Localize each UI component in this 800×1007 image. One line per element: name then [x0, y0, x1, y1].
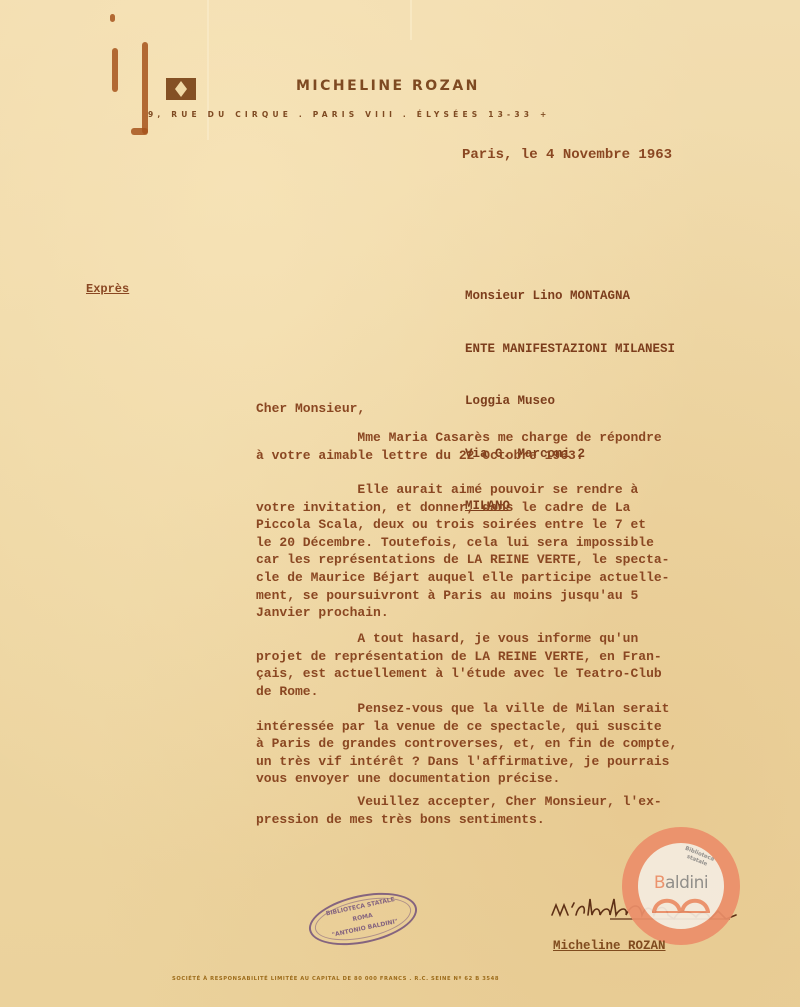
- stamp-line: "ANTONIO BALDINI": [312, 912, 418, 945]
- recipient-line: ENTE MANIFESTAZIONI MILANESI: [465, 341, 675, 359]
- watermark-brand: Baldini: [638, 873, 724, 893]
- stamp-line: BIBLIOTECA STATALE: [307, 890, 413, 923]
- baldini-watermark-logo: Biblioteca statale Baldini: [622, 827, 740, 945]
- footer-legal-text: SOCIÉTÉ À RESPONSABILITÉ LIMITÉE AU CAPI…: [172, 976, 499, 982]
- staple-stain: [110, 14, 115, 22]
- paragraph-text: Mme Maria Casarès me charge de répondre …: [256, 429, 796, 464]
- delivery-note: Exprès: [86, 280, 129, 298]
- paragraph-text: A tout hasard, je vous informe qu'un pro…: [256, 630, 796, 700]
- staple-stain: [142, 42, 148, 134]
- watermark-brand-initial: B: [654, 873, 665, 893]
- paragraph-text: Elle aurait aimé pouvoir se rendre à vot…: [256, 481, 796, 622]
- signature-name: Micheline ROZAN: [553, 937, 666, 955]
- greeting: Cher Monsieur,: [256, 400, 365, 418]
- body-paragraph: Elle aurait aimé pouvoir se rendre à vot…: [256, 481, 796, 622]
- staple-stain: [131, 128, 148, 135]
- watermark-subtitle: Biblioteca statale: [677, 844, 719, 872]
- body-paragraph: Pensez-vous que la ville de Milan serait…: [256, 700, 796, 788]
- arches-icon: [652, 895, 710, 913]
- body-paragraph: A tout hasard, je vous informe qu'un pro…: [256, 630, 796, 700]
- paper-fold: [410, 0, 412, 40]
- library-stamp: BIBLIOTECA STATALE ROMA "ANTONIO BALDINI…: [304, 884, 422, 954]
- letter-date: Paris, le 4 Novembre 1963: [462, 146, 672, 164]
- logo-mark-icon: [166, 78, 196, 100]
- paragraph-text: Pensez-vous que la ville de Milan serait…: [256, 700, 796, 788]
- watermark-brand-rest: aldini: [665, 873, 708, 893]
- letterhead-name: MICHELINE ROZAN: [296, 78, 480, 94]
- letterhead-address: 9, RUE DU CIRQUE . PARIS VIII . ÉLYSÉES …: [148, 110, 550, 119]
- staple-stain: [112, 48, 118, 92]
- body-paragraph: Mme Maria Casarès me charge de répondre …: [256, 429, 796, 464]
- body-paragraph: Veuillez accepter, Cher Monsieur, l'ex- …: [256, 793, 796, 828]
- stamp-line: ROMA: [310, 901, 416, 934]
- paragraph-text: Veuillez accepter, Cher Monsieur, l'ex- …: [256, 793, 796, 828]
- recipient-line: Monsieur Lino MONTAGNA: [465, 288, 675, 306]
- recipient-line: Loggia Museo: [465, 393, 675, 411]
- paper-fold: [207, 0, 209, 140]
